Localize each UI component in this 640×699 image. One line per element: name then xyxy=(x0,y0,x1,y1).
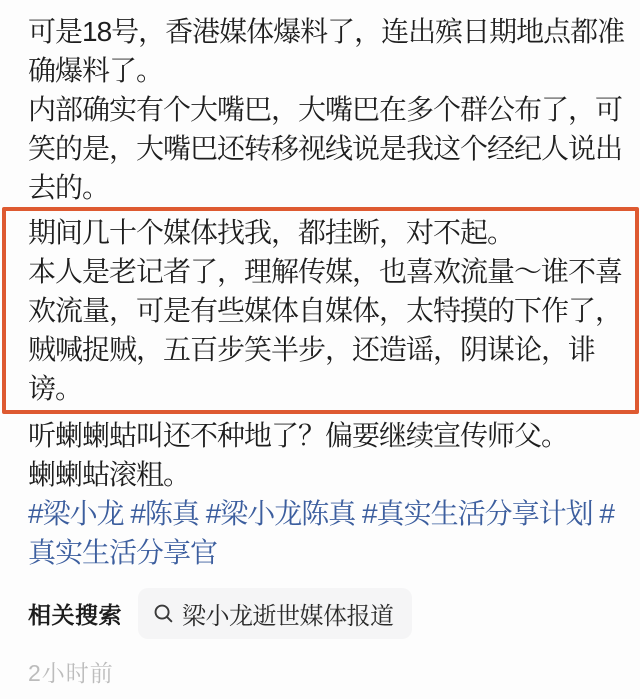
related-search-chip-label: 梁小龙逝世媒体报道 xyxy=(182,596,394,631)
post-paragraph-1: 可是18号，香港媒体爆料了，连出殡日期地点都准 确爆料了。 xyxy=(0,12,640,90)
timestamp: 2小时前 xyxy=(28,655,640,688)
post-paragraph-2: 内部确实有个大嘴巴，大嘴巴在多个群公布了，可 笑的是，大嘴巴还转移视线说是我这个… xyxy=(0,90,640,207)
hashtag-links[interactable]: #梁小龙 #陈真 #梁小龙陈真 #真实生活分享计划 # 真实生活分享官 xyxy=(0,494,640,572)
post-paragraph-3: 听蝲蝲蛄叫还不种地了？偏要继续宣传师父。 蝲蝲蛄滚粗。 xyxy=(0,416,640,494)
highlight-annotation-box: 期间几十个媒体找我，都挂断，对不起。 本人是老记者了，理解传媒，也喜欢流量～谁不… xyxy=(2,207,639,414)
related-search-row: 相关搜索 梁小龙逝世媒体报道 xyxy=(28,588,640,639)
post-paragraph-highlighted: 期间几十个媒体找我，都挂断，对不起。 本人是老记者了，理解传媒，也喜欢流量～谁不… xyxy=(28,213,627,408)
related-search-chip[interactable]: 梁小龙逝世媒体报道 xyxy=(138,588,412,639)
related-search-label: 相关搜索 xyxy=(28,597,122,630)
magnifier-icon xyxy=(152,602,175,625)
post-body: 可是18号，香港媒体爆料了，连出殡日期地点都准 确爆料了。 内部确实有个大嘴巴，… xyxy=(0,0,640,688)
